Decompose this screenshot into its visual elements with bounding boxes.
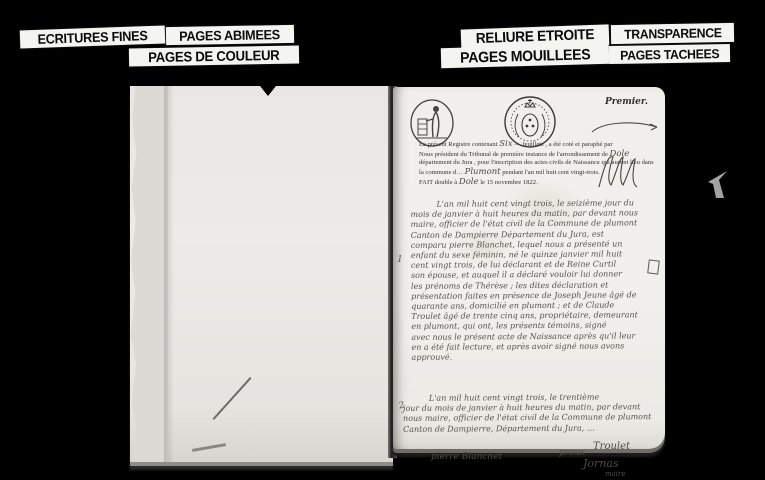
- manuscript-line: Canton de Dampierre, Département du Jura…: [403, 423, 659, 435]
- condition-label-text: PAGES MOUILLEES: [460, 46, 591, 66]
- left-page-blank: [130, 86, 393, 462]
- film-arrow-marker-icon: [705, 168, 735, 206]
- condition-label-text: ECRITURES FINES: [37, 28, 147, 47]
- right-page-register: Premier. Le présent Registre contenant S…: [393, 87, 665, 449]
- president-signature-flourish: [595, 151, 643, 193]
- manuscript-line: nous maire, officier de l'état civil de …: [403, 413, 659, 425]
- condition-label-pages-tachees: PAGES TACHEES: [609, 44, 730, 64]
- condition-label-pages-abimees: PAGES ABIMEES: [166, 25, 294, 45]
- condition-label-transparence: TRANSPARENCE: [611, 23, 734, 44]
- signature: Troulet: [593, 441, 630, 452]
- handwritten-fill-lieu: Dole: [459, 177, 479, 187]
- handwritten-fill-feuillets: Six: [499, 139, 512, 149]
- condition-label-text: TRANSPARENCE: [624, 25, 722, 42]
- signature: maire: [605, 470, 626, 478]
- manuscript-line: en a été fait lecture, et après avoir si…: [411, 341, 663, 363]
- signature: Jornas: [583, 457, 619, 470]
- condition-label-text: PAGES DE COULEUR: [148, 47, 280, 65]
- left-page-crease: [213, 377, 252, 420]
- act-1-signatures: pierre BlanchetprouxTrouletJornasmaire: [403, 446, 663, 480]
- birth-act-1: L'an mil huit cent vingt trois, le seizi…: [410, 198, 663, 363]
- act-margin-number-1: 1: [397, 255, 403, 265]
- condition-label-text: PAGES ABIMEES: [180, 27, 281, 44]
- condition-label-pages-mouillees: PAGES MOUILLEES: [441, 44, 609, 68]
- ink-box-mark: [647, 259, 660, 274]
- left-page-top-notch: [260, 86, 276, 96]
- microfilm-frame: ECRITURES FINES PAGES ABIMEES PAGES DE C…: [0, 0, 765, 480]
- manuscript-line: avec nous le présent acte de Naissance a…: [411, 331, 663, 343]
- handwritten-fill-commune: Plumont: [465, 167, 501, 177]
- left-page-corner-fold: [192, 443, 226, 452]
- page-number-label: Premier.: [605, 97, 648, 107]
- signature: proux: [559, 448, 585, 458]
- manuscript-line: maire, officier de l'état civil de la Co…: [411, 219, 663, 231]
- signature: pierre Blanchet: [431, 452, 502, 462]
- condition-label-ecritures-fines: ECRITURES FINES: [20, 25, 166, 48]
- left-page-deckle-edge: [130, 86, 168, 462]
- left-page-edge-shadow: [164, 86, 174, 462]
- condition-label-text: PAGES TACHEES: [620, 46, 719, 63]
- condition-label-pages-de-couleur: PAGES DE COULEUR: [129, 46, 299, 67]
- birth-act-2: L'an mil huit cent vingt trois, le trent…: [403, 392, 659, 435]
- pen-flourish: [589, 119, 663, 137]
